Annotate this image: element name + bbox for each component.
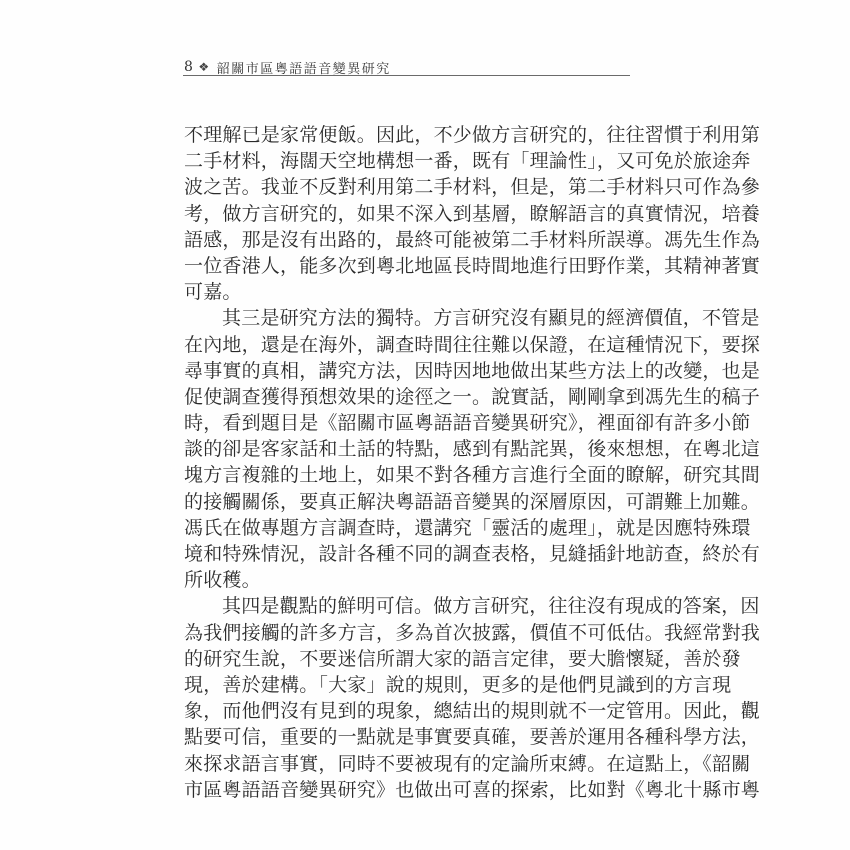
text-line: 所收穫。 xyxy=(184,567,634,593)
page-number: 8 xyxy=(184,59,194,75)
body-text: 不理解已是家常便飯。因此，不少做方言研究的，往往習慣于利用第 二手材料，海闊天空… xyxy=(184,122,634,803)
text-line: 二手材料，海闊天空地構想一番，既有「理論性」，又可免於旅途奔 xyxy=(184,148,634,174)
running-header: 8 ❖ 韶關市區粵語語音變異研究 xyxy=(184,58,391,76)
text-line: 馮氏在做專題方言調查時，還講究「靈活的處理」，就是因應特殊環 xyxy=(184,515,634,541)
text-line: 談的卻是客家話和土話的特點，感到有點詫異，後來想想，在粵北這 xyxy=(184,436,634,462)
text-line: 考，做方言研究的，如果不深入到基層，瞭解語言的真實情況，培養 xyxy=(184,201,634,227)
text-line: 波之苦。我並不反對利用第二手材料，但是，第二手材料只可作為參 xyxy=(184,174,634,200)
text-line: 塊方言複雜的土地上，如果不對各種方言進行全面的瞭解，研究其間 xyxy=(184,462,634,488)
header-rule xyxy=(183,75,630,76)
paragraph-start-line: 其三是研究方法的獨特。方言研究沒有顯見的經濟價值，不管是 xyxy=(184,305,634,331)
text-line: 時，看到題目是《韶關市區粵語語音變異研究》，裡面卻有許多小節 xyxy=(184,410,634,436)
text-line: 來探求語言事實，同時不要被現有的定論所束縛。在這點上，《韶關 xyxy=(184,751,634,777)
text-line: 語感，那是沒有出路的，最終可能被第二手材料所誤導。馮先生作為 xyxy=(184,227,634,253)
text-line: 現，善於建構。「大家」說的規則，更多的是他們見識到的方言現 xyxy=(184,672,634,698)
text-line: 象，而他們沒有見到的現象，總結出的規則就不一定管用。因此，觀 xyxy=(184,698,634,724)
text-line: 的研究生說，不要迷信所謂大家的語言定律，要大膽懷疑，善於發 xyxy=(184,646,634,672)
text-line: 尋事實的真相，講究方法，因時因地地做出某些方法上的改變，也是 xyxy=(184,358,634,384)
book-title: 韶關市區粵語語音變異研究 xyxy=(217,58,391,77)
text-line: 為我們接觸的許多方言，多為首次披露，價值不可低估。我經常對我 xyxy=(184,620,634,646)
text-line: 不理解已是家常便飯。因此，不少做方言研究的，往往習慣于利用第 xyxy=(184,122,634,148)
text-line: 境和特殊情況，設計各種不同的調查表格，見縫插針地訪查，終於有 xyxy=(184,541,634,567)
text-line: 點要可信，重要的一點就是事實要真確，要善於運用各種科學方法， xyxy=(184,724,634,750)
diamond-ornament-icon: ❖ xyxy=(198,60,210,74)
text-line: 在內地，還是在海外，調查時間往往難以保證，在這種情況下，要探 xyxy=(184,332,634,358)
text-line: 市區粵語語音變異研究》也做出可喜的探索，比如對《粵北十縣市粵 xyxy=(184,777,634,803)
text-line: 促使調查獲得預想效果的途徑之一。說實話，剛剛拿到馮先生的稿子 xyxy=(184,384,634,410)
text-line: 可嘉。 xyxy=(184,279,634,305)
text-line: 的接觸關係，要真正解決粵語語音變異的深層原因，可謂難上加難。 xyxy=(184,489,634,515)
text-line: 一位香港人，能多次到粵北地區長時間地進行田野作業，其精神著實 xyxy=(184,253,634,279)
book-page: 8 ❖ 韶關市區粵語語音變異研究 不理解已是家常便飯。因此，不少做方言研究的，往… xyxy=(0,0,850,850)
paragraph-start-line: 其四是觀點的鮮明可信。做方言研究，往往沒有現成的答案，因 xyxy=(184,593,634,619)
